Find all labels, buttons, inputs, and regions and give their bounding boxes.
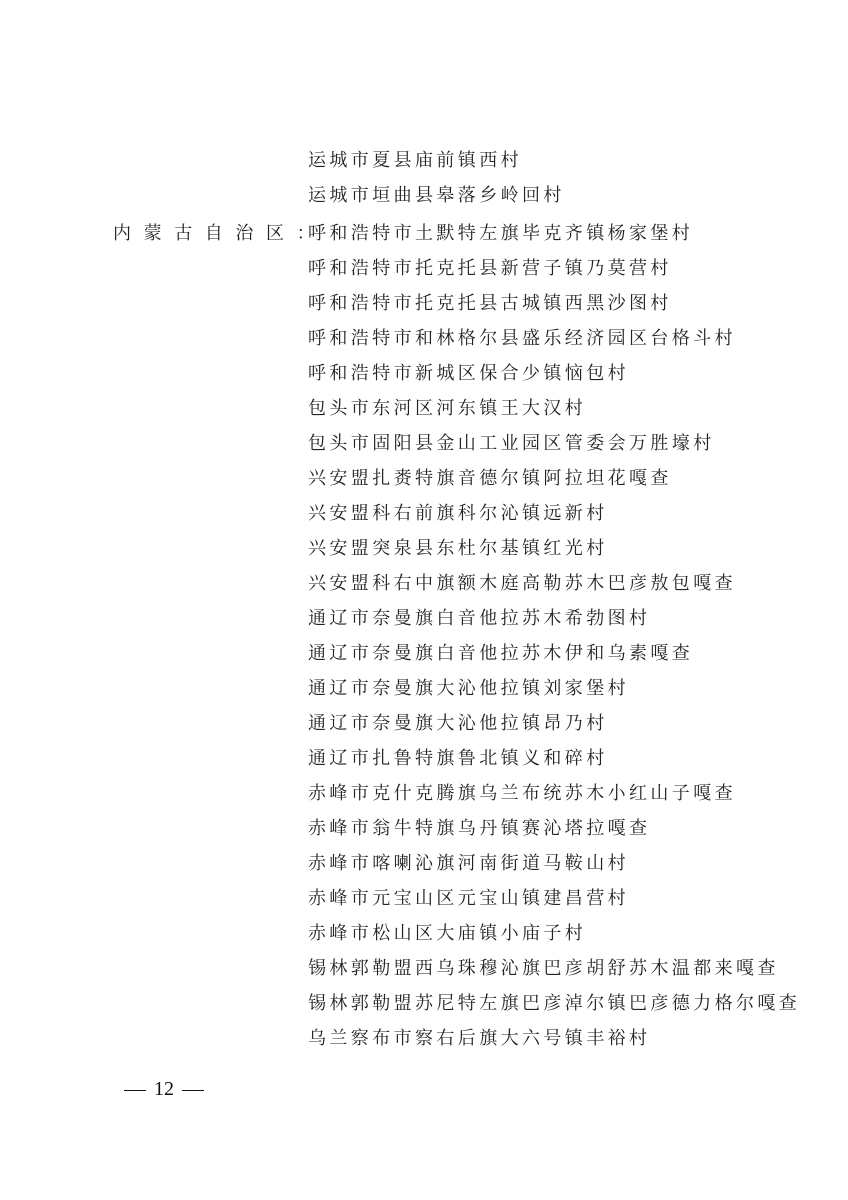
- page-number: 12: [116, 1078, 212, 1101]
- village-entry: 呼和浩特市土默特左旗毕克齐镇杨家堡村: [308, 219, 693, 249]
- village-entry: 通辽市奈曼旗白音他拉苏木伊和乌素嘎查: [308, 639, 693, 669]
- village-entry: 呼和浩特市托克托县新营子镇乃莫营村: [308, 254, 672, 284]
- village-entry: 兴安盟科右前旗科尔沁镇远新村: [308, 499, 608, 529]
- village-entry: 通辽市奈曼旗白音他拉苏木希勃图村: [308, 604, 650, 634]
- dash-left: [124, 1090, 146, 1091]
- page-number-value: 12: [154, 1078, 174, 1100]
- village-entry: 呼和浩特市托克托县古城镇西黑沙图村: [308, 289, 672, 319]
- village-entry: 锡林郭勒盟苏尼特左旗巴彦淖尔镇巴彦德力格尔嘎查: [308, 989, 800, 1019]
- village-entry: 赤峰市元宝山区元宝山镇建昌营村: [308, 884, 629, 914]
- dash-right: [182, 1090, 204, 1091]
- village-entry: 运城市垣曲县皋落乡岭回村: [308, 181, 565, 211]
- village-entry: 赤峰市翁牛特旗乌丹镇赛沁塔拉嘎查: [308, 814, 650, 844]
- village-entry: 乌兰察布市察右后旗大六号镇丰裕村: [308, 1024, 650, 1054]
- village-entry: 呼和浩特市新城区保合少镇恼包村: [308, 359, 629, 389]
- village-entry: 赤峰市喀喇沁旗河南街道马鞍山村: [308, 849, 629, 879]
- village-entry: 呼和浩特市和林格尔县盛乐经济园区台格斗村: [308, 324, 736, 354]
- document-page: 内蒙古自治区： 运城市夏县庙前镇西村 运城市垣曲县皋落乡岭回村 呼和浩特市土默特…: [0, 0, 848, 1200]
- village-entry: 兴安盟扎赉特旗音德尔镇阿拉坦花嘎查: [308, 464, 672, 494]
- village-entry: 兴安盟科右中旗额木庭高勒苏木巴彦敖包嘎查: [308, 569, 736, 599]
- village-entry: 通辽市奈曼旗大沁他拉镇昂乃村: [308, 709, 608, 739]
- village-entry: 运城市夏县庙前镇西村: [308, 146, 522, 176]
- region-label: 内蒙古自治区：: [113, 219, 327, 249]
- village-entry: 兴安盟突泉县东杜尔基镇红光村: [308, 534, 608, 564]
- village-entry: 通辽市奈曼旗大沁他拉镇刘家堡村: [308, 674, 629, 704]
- village-entry: 包头市固阳县金山工业园区管委会万胜壕村: [308, 429, 715, 459]
- village-entry: 包头市东河区河东镇王大汉村: [308, 394, 586, 424]
- village-entry: 赤峰市克什克腾旗乌兰布统苏木小红山子嘎查: [308, 779, 736, 809]
- village-entry: 赤峰市松山区大庙镇小庙子村: [308, 919, 586, 949]
- village-entry: 通辽市扎鲁特旗鲁北镇义和碎村: [308, 744, 608, 774]
- village-entry: 锡林郭勒盟西乌珠穆沁旗巴彦胡舒苏木温都来嘎查: [308, 954, 779, 984]
